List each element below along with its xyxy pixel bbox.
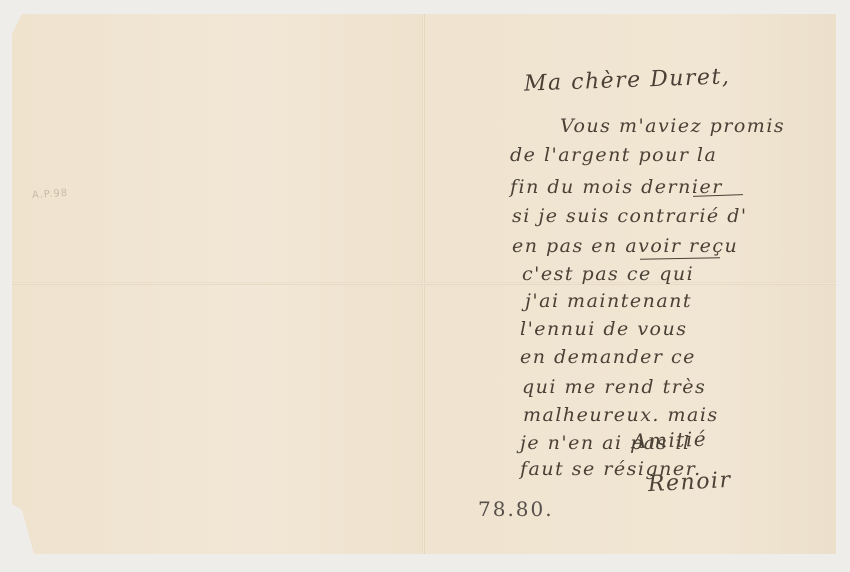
letter-line: fin du mois dernier xyxy=(510,176,723,198)
pencil-archive-mark: A.P.98 xyxy=(32,188,69,202)
catalog-number: 78.80. xyxy=(478,497,554,521)
letter-line: de l'argent pour la xyxy=(510,144,717,166)
horizontal-fold-crease xyxy=(12,282,836,285)
letter-line: j'ai maintenant xyxy=(525,290,692,312)
letter-closing: Amitié xyxy=(632,427,708,454)
letter-line: c'est pas ce qui xyxy=(522,263,694,285)
letter-signature: Renoir xyxy=(647,468,732,497)
letter-line: si je suis contrarié d' xyxy=(512,205,748,227)
letter-line: malheureux. mais xyxy=(523,404,719,426)
letter-line: en pas en avoir reçu xyxy=(512,235,738,257)
letter-line: qui me rend très xyxy=(522,376,706,398)
letter-line: en demander ce xyxy=(520,346,696,368)
letter-line: l'ennui de vous xyxy=(520,318,687,340)
letter-line: Vous m'aviez promis xyxy=(560,115,785,137)
